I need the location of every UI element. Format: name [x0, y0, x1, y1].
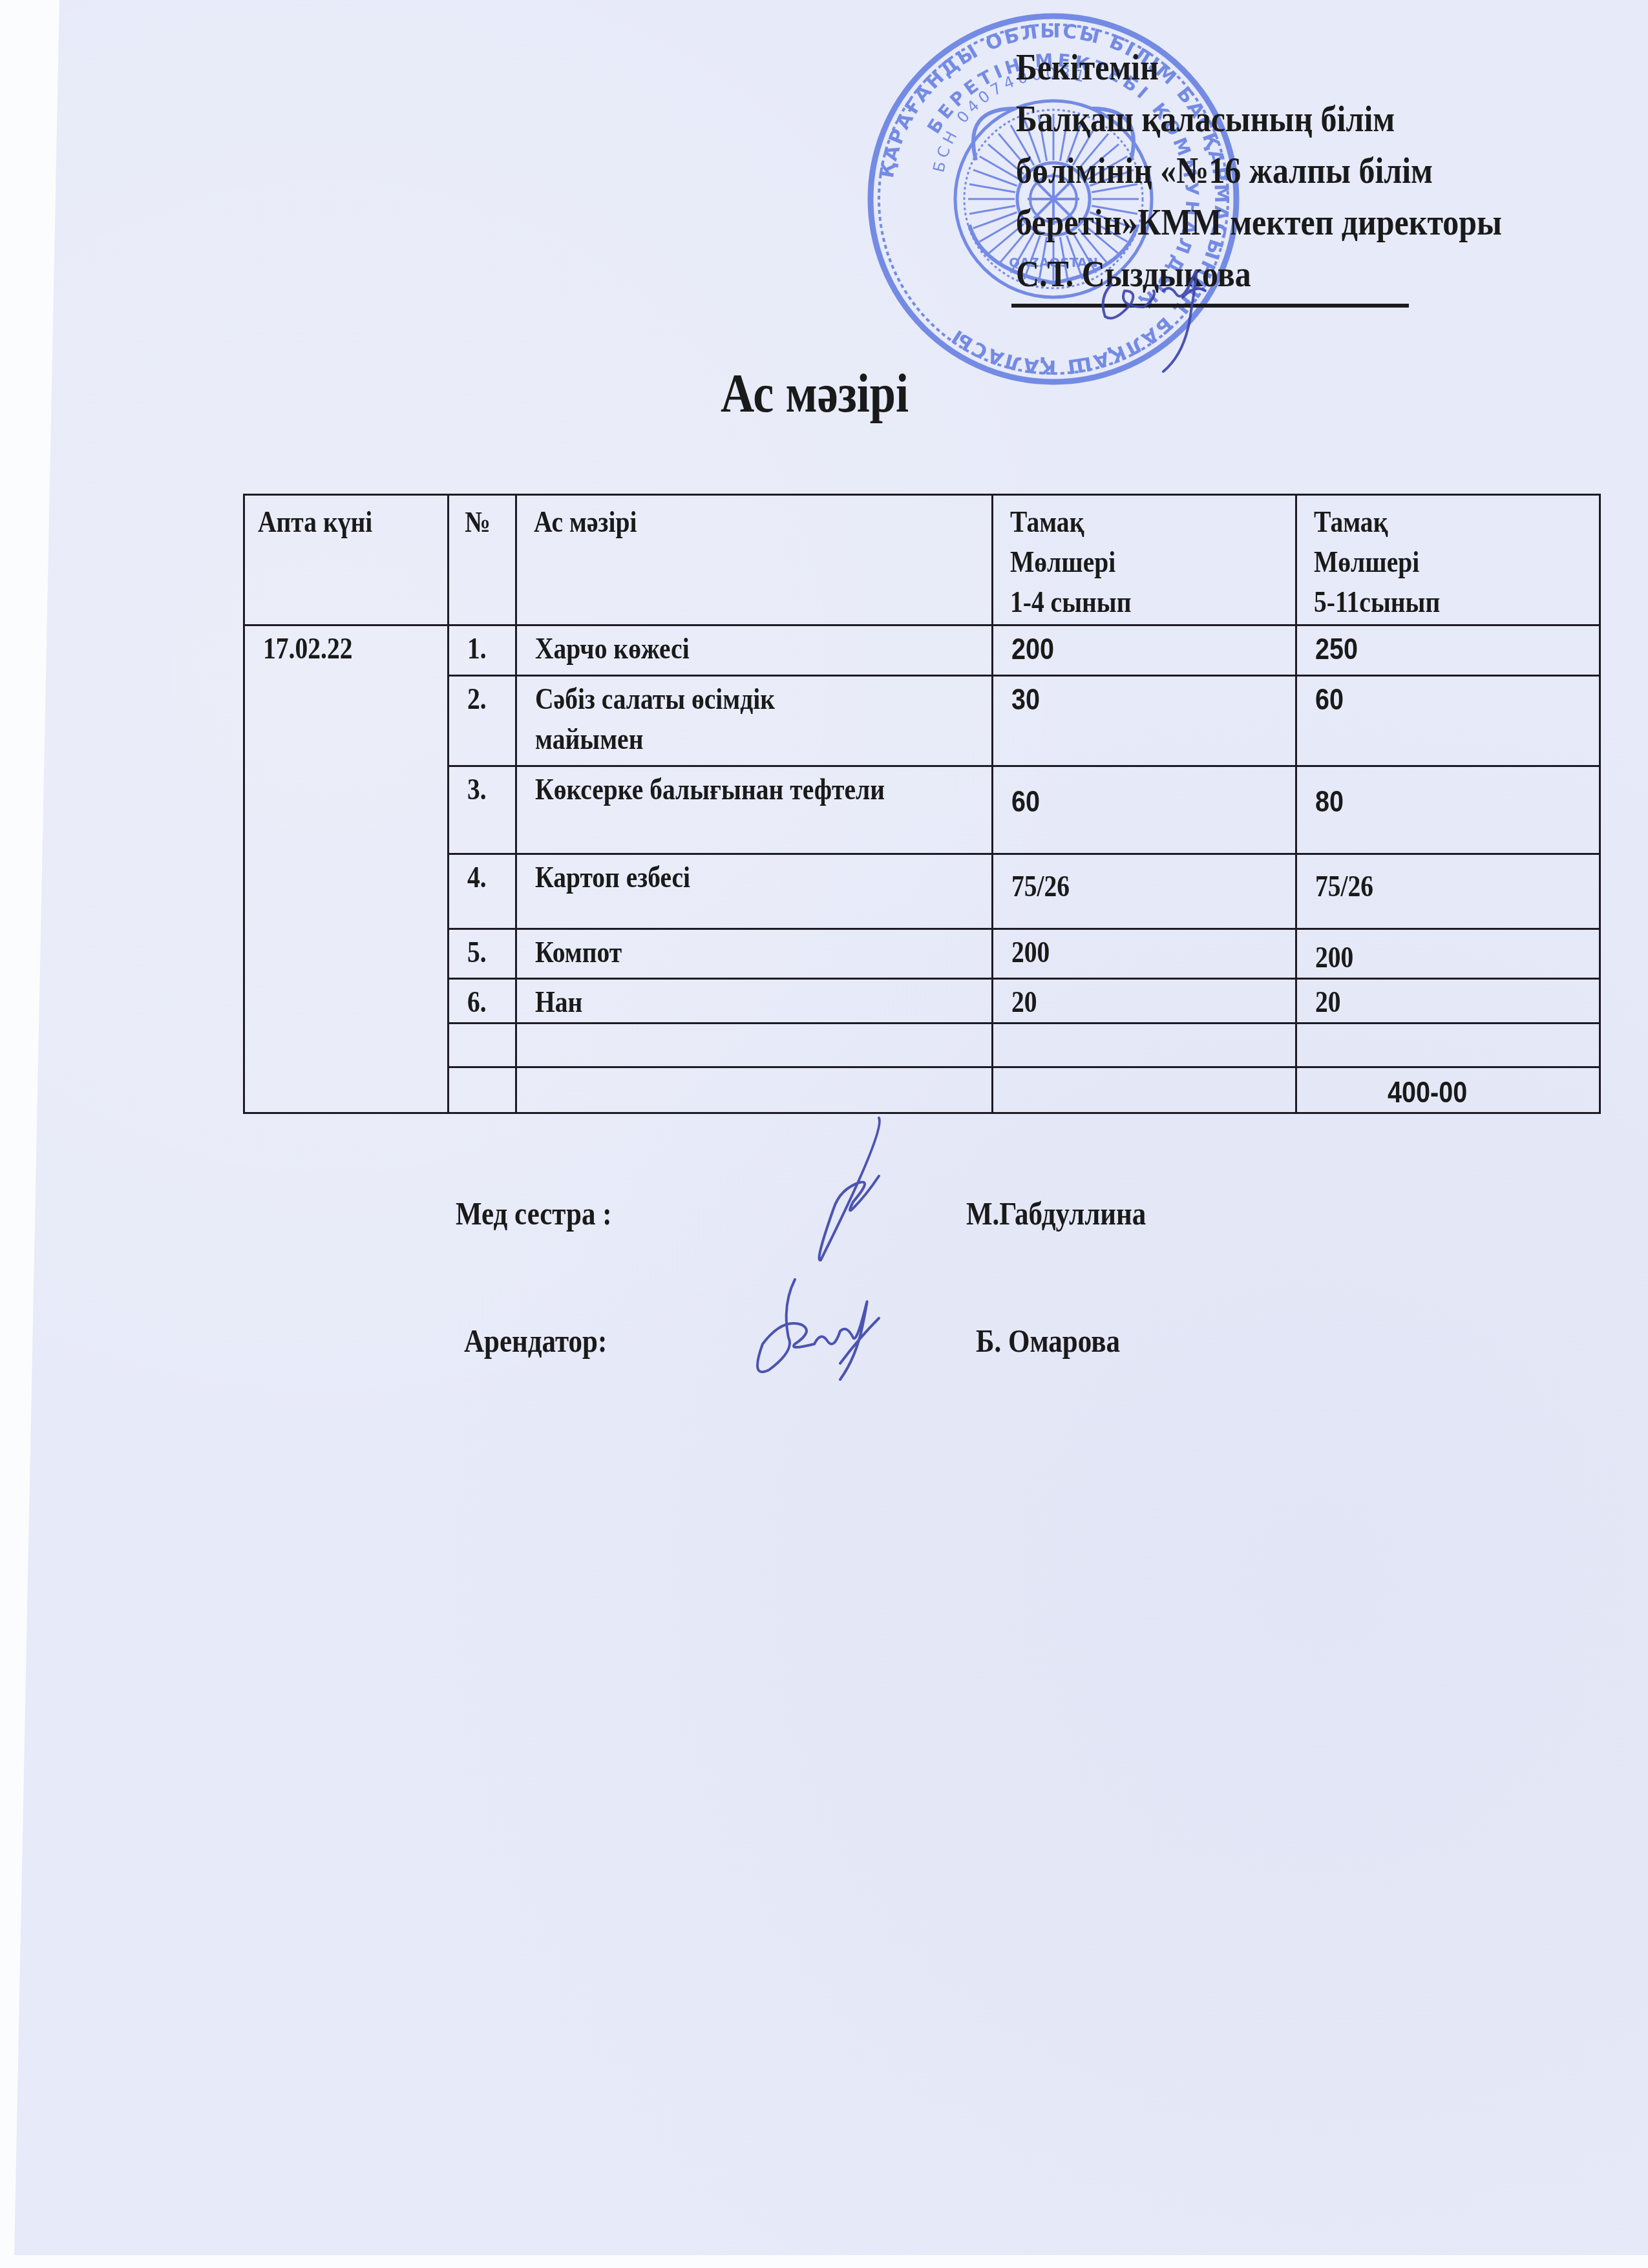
- tenant-label: Арендатор:: [464, 1321, 630, 1360]
- nurse-label: Мед сестра :: [456, 1194, 637, 1233]
- page-title: Ас мәзірі: [721, 362, 940, 426]
- dish-name: Компот: [516, 929, 993, 979]
- dish-name: Картоп езбесі: [516, 854, 993, 929]
- portion-5-11: 75/26: [1296, 854, 1600, 929]
- nurse-signature: [782, 1111, 898, 1266]
- tenant-signature: [743, 1266, 898, 1383]
- portion-5-11: 60: [1296, 676, 1600, 766]
- header-day: Апта күні: [244, 495, 449, 625]
- dish-name: Харчо көжесі: [516, 625, 993, 676]
- dish-name: Нан: [516, 979, 993, 1024]
- row-number: [449, 1067, 516, 1113]
- approval-line: Балқаш қаласының білім: [1016, 93, 1636, 145]
- total-cost: 400-00: [1296, 1067, 1600, 1113]
- row-number: 2.: [449, 676, 516, 766]
- row-number: [449, 1024, 516, 1067]
- header-number: №: [449, 495, 516, 625]
- row-number: 3.: [449, 766, 516, 854]
- portion-1-4: 200: [993, 625, 1296, 676]
- header-portion-1-4: Тамақ Мөлшері 1-4 сынып: [993, 495, 1296, 625]
- header-portion-5-11: Тамақ Мөлшері 5-11сынып: [1296, 495, 1600, 625]
- portion-5-11: [1296, 1024, 1600, 1067]
- dish-name: [516, 1024, 993, 1067]
- date-cell: 17.02.22: [244, 625, 449, 1113]
- header-dish: Ас мәзірі: [516, 495, 993, 625]
- portion-5-11: 250: [1296, 625, 1600, 676]
- portion-1-4: 30: [993, 676, 1296, 766]
- tenant-name: Б. Омарова: [976, 1321, 1143, 1360]
- portion-5-11: 80: [1296, 766, 1600, 854]
- table-row: 17.02.22 1. Харчо көжесі 200 250: [244, 625, 1600, 676]
- dish-name: [516, 1067, 993, 1113]
- row-number: 1.: [449, 625, 516, 676]
- menu-table: Апта күні № Ас мәзірі Тамақ Мөлшері 1-4 …: [243, 494, 1599, 1114]
- director-signature: [1086, 246, 1254, 375]
- portion-1-4: [993, 1024, 1296, 1067]
- dish-name: Көксерке балығынан тефтели: [516, 766, 993, 854]
- row-number: 6.: [449, 979, 516, 1024]
- portion-1-4: 20: [993, 979, 1296, 1024]
- table-header-row: Апта күні № Ас мәзірі Тамақ Мөлшері 1-4 …: [244, 495, 1600, 625]
- portion-5-11: 200: [1296, 929, 1600, 979]
- row-number: 4.: [449, 854, 516, 929]
- row-number: 5.: [449, 929, 516, 979]
- approval-line: Бекітемін: [1016, 41, 1636, 93]
- dish-name: Сәбіз салаты өсімдік майымен: [516, 676, 993, 766]
- portion-1-4: [993, 1067, 1296, 1113]
- portion-1-4: 60: [993, 766, 1296, 854]
- portion-5-11: 20: [1296, 979, 1600, 1024]
- approval-line: беретін»КММ мектеп директоры: [1016, 196, 1636, 248]
- portion-1-4: 200: [993, 929, 1296, 979]
- nurse-name: М.Габдуллина: [966, 1194, 1176, 1233]
- approval-line: бөлімінің «№16 жалпы білім: [1016, 145, 1636, 196]
- portion-1-4: 75/26: [993, 854, 1296, 929]
